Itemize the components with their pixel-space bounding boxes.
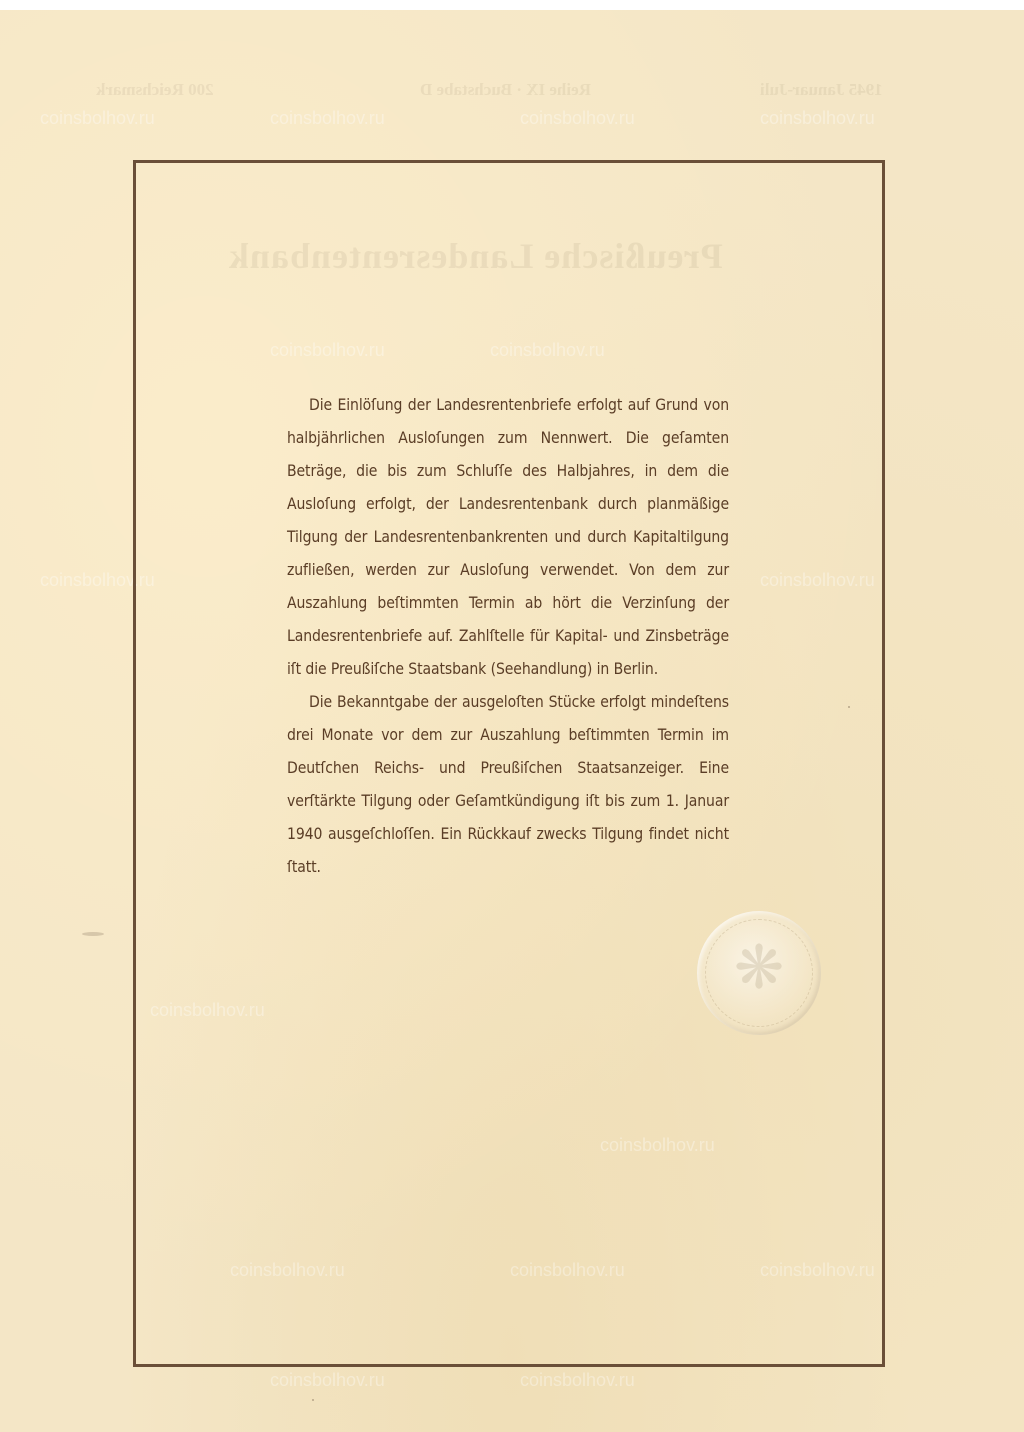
ghost-header-center: Reihe IX · Buchstabe D [420,80,591,100]
watermark: coinsbolhov.ru [760,108,875,129]
watermark: coinsbolhov.ru [520,108,635,129]
eagle-emblem-icon: ❋ [697,933,821,1003]
paper-smudge [82,932,104,936]
paper-speck [848,706,850,708]
paragraph-announcement: Die Bekanntgabe der ausgeloſten Stücke e… [287,686,729,884]
watermark: coinsbolhov.ru [40,108,155,129]
watermark: coinsbolhov.ru [270,108,385,129]
watermark: coinsbolhov.ru [270,1370,385,1391]
ghost-header-right: 200 Reichsmark [96,80,214,100]
paper-speck [312,1399,314,1401]
embossed-seal: ❋ [697,911,821,1035]
terms-text: Die Einlöſung der Landesrentenbriefe erf… [287,389,729,884]
ghost-header-left: 1945 Januar-Juli [760,80,883,100]
watermark: coinsbolhov.ru [520,1370,635,1391]
paragraph-redemption: Die Einlöſung der Landesrentenbriefe erf… [287,389,729,686]
